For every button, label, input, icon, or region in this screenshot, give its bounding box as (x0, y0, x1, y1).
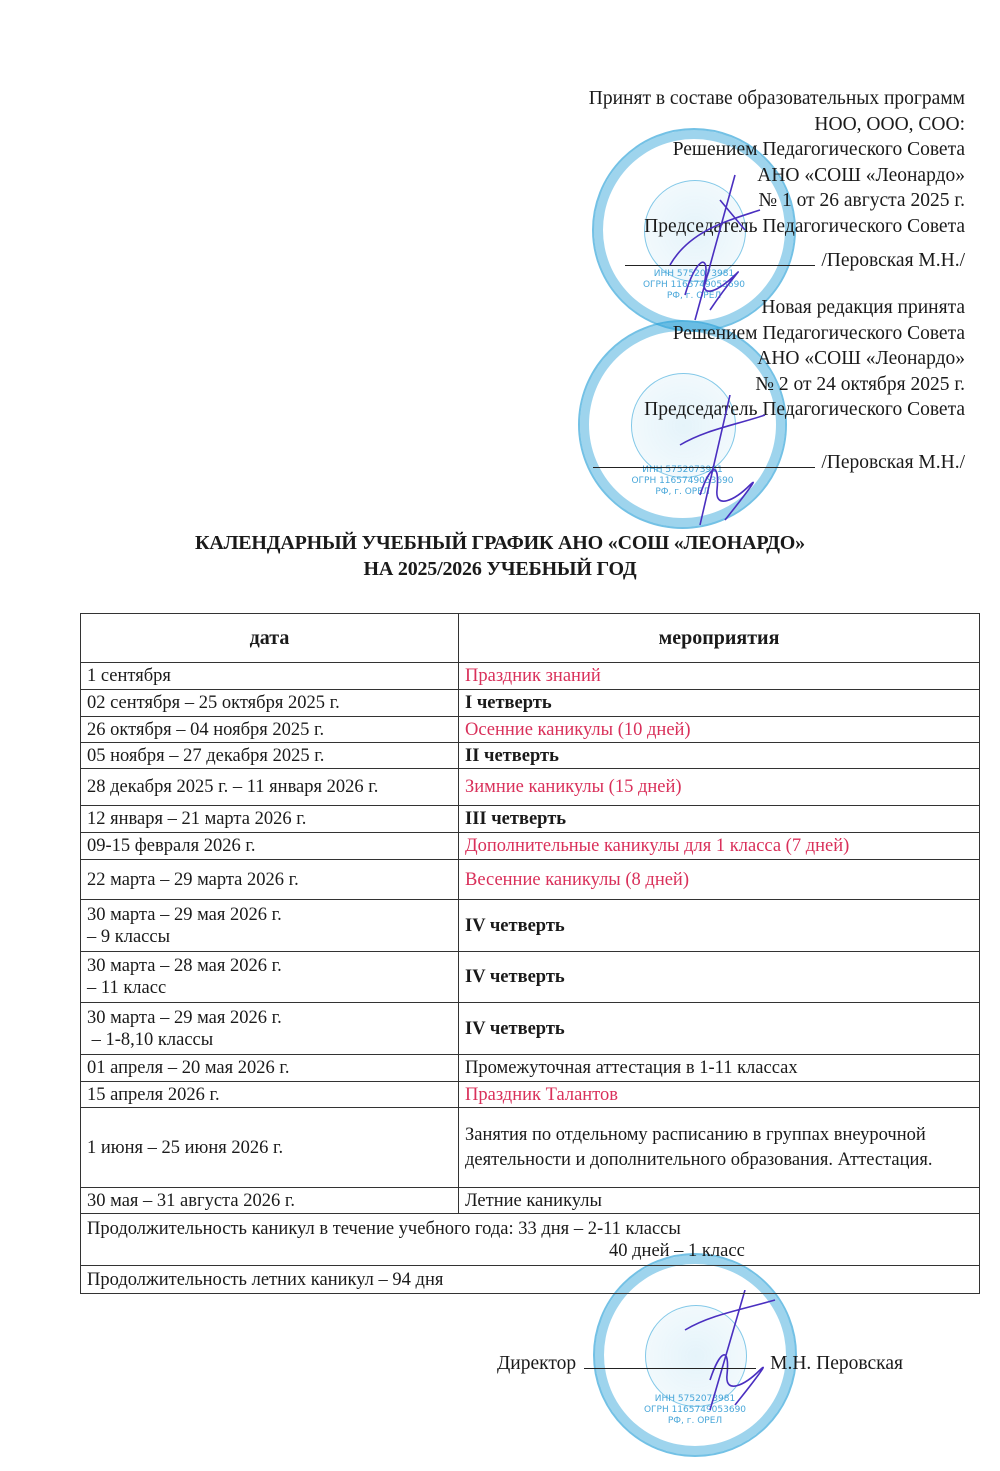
table-row: 1 июня – 25 июня 2026 г. Занятия по отде… (81, 1108, 980, 1188)
row-event: Весенние каникулы (8 дней) (459, 860, 980, 900)
row-event: IV четверть (459, 900, 980, 952)
table-row: 15 апреля 2026 г. Праздник Талантов (81, 1082, 980, 1108)
row-date-range: 30 марта – 29 мая 2026 г. (87, 904, 452, 926)
row-date: 05 ноября – 27 декабря 2025 г. (81, 743, 459, 769)
row-date: 12 января – 21 марта 2026 г. (81, 806, 459, 833)
approval-line: Председатель Педагогического Совета (589, 214, 965, 240)
stamp-inn: ИНН 5752073981 (655, 1394, 735, 1404)
row-event: Занятия по отдельному расписанию в групп… (459, 1108, 980, 1188)
schedule-table: дата мероприятия 1 сентября Праздник зна… (80, 613, 980, 1294)
row-date: 09-15 февраля 2026 г. (81, 833, 459, 860)
row-event: Летние каникулы (459, 1188, 980, 1214)
stamp-ogrn: ОГРН 1165749053690 (631, 476, 733, 486)
table-row: 26 октября – 04 ноября 2025 г. Осенние к… (81, 717, 980, 743)
stamp-ogrn: ОГРН 1165749053690 (644, 1405, 746, 1415)
director-name: М.Н. Перовская (770, 1353, 903, 1374)
row-event: Дополнительные каникулы для 1 класса (7 … (459, 833, 980, 860)
approval-line: № 2 от 24 октября 2025 г. (593, 372, 965, 398)
row-date: 02 сентября – 25 октября 2025 г. (81, 690, 459, 717)
table-row: 02 сентября – 25 октября 2025 г. I четве… (81, 690, 980, 717)
table-row: 09-15 февраля 2026 г. Дополнительные кан… (81, 833, 980, 860)
approval-line: НОО, ООО, СОО: (589, 112, 965, 138)
row-date: 30 марта – 29 мая 2026 г. – 1-8,10 класс… (81, 1003, 459, 1055)
table-row: 22 марта – 29 марта 2026 г. Весенние кан… (81, 860, 980, 900)
signature-line (625, 247, 815, 266)
approval-block-2: Новая редакция принята Решением Педагоги… (593, 295, 965, 475)
row-event: Праздник знаний (459, 663, 980, 690)
row-date: 22 марта – 29 марта 2026 г. (81, 860, 459, 900)
approval-line: Принят в составе образовательных програм… (589, 86, 965, 112)
signature-line (584, 1350, 756, 1369)
row-date: 1 июня – 25 июня 2026 г. (81, 1108, 459, 1188)
row-date-classes: – 11 класс (87, 977, 452, 999)
row-date: 28 декабря 2025 г. – 11 января 2026 г. (81, 769, 459, 806)
header-events: мероприятия (459, 614, 980, 663)
row-event: I четверть (459, 690, 980, 717)
stamp-ogrn: ОГРН 1165749053690 (643, 280, 745, 290)
table-row: 12 января – 21 марта 2026 г. III четверт… (81, 806, 980, 833)
row-event: Осенние каникулы (10 дней) (459, 717, 980, 743)
stamp-city: РФ, г. ОРЕЛ (655, 487, 709, 497)
table-row: 30 марта – 29 мая 2026 г. – 1-8,10 класс… (81, 1003, 980, 1055)
table-header-row: дата мероприятия (81, 614, 980, 663)
vacation-duration-line-2: 40 дней – 1 класс (87, 1240, 973, 1262)
approval-block-1: Принят в составе образовательных програм… (589, 86, 965, 274)
table-row: 05 ноября – 27 декабря 2025 г. II четвер… (81, 743, 980, 769)
row-date: 15 апреля 2026 г. (81, 1082, 459, 1108)
title-line-2: НА 2025/2026 УЧЕБНЫЙ ГОД (0, 556, 1000, 582)
approval-line: Председатель Педагогического Совета (593, 397, 965, 423)
row-event: IV четверть (459, 952, 980, 1003)
director-label: Директор (497, 1353, 576, 1374)
stamp-city: РФ, г. ОРЕЛ (668, 1416, 722, 1426)
table-row: 1 сентября Праздник знаний (81, 663, 980, 690)
table-row: 30 марта – 29 мая 2026 г. – 9 классы IV … (81, 900, 980, 952)
approval-line: АНО «СОШ «Леонардо» (589, 163, 965, 189)
signatory-name: /Перовская М.Н./ (821, 250, 965, 271)
row-event: III четверть (459, 806, 980, 833)
summer-duration: Продолжительность летних каникул – 94 дн… (81, 1266, 980, 1294)
signature-line (593, 449, 815, 468)
row-date-range: 30 марта – 28 мая 2026 г. (87, 955, 452, 977)
approval-line: АНО «СОШ «Леонардо» (593, 346, 965, 372)
row-date-range: 30 марта – 29 мая 2026 г. (87, 1007, 452, 1029)
vacation-duration-line-1: Продолжительность каникул в течение учеб… (87, 1218, 973, 1240)
table-row: 30 марта – 28 мая 2026 г. – 11 класс IV … (81, 952, 980, 1003)
title-line-1: КАЛЕНДАРНЫЙ УЧЕБНЫЙ ГРАФИК АНО «СОШ «ЛЕО… (0, 530, 1000, 556)
table-summary-row: Продолжительность летних каникул – 94 дн… (81, 1266, 980, 1294)
approval-line: Новая редакция принята (593, 295, 965, 321)
signatory-name: /Перовская М.Н./ (821, 452, 965, 473)
row-date-classes: – 1-8,10 классы (87, 1029, 452, 1051)
row-date: 30 марта – 29 мая 2026 г. – 9 классы (81, 900, 459, 952)
row-event: Промежуточная аттестация в 1-11 классах (459, 1055, 980, 1082)
table-row: 28 декабря 2025 г. – 11 января 2026 г. З… (81, 769, 980, 806)
row-date: 1 сентября (81, 663, 459, 690)
row-event: Зимние каникулы (15 дней) (459, 769, 980, 806)
table-row: 30 мая – 31 августа 2026 г. Летние каник… (81, 1188, 980, 1214)
approval-line: Решением Педагогического Совета (589, 137, 965, 163)
row-event: IV четверть (459, 1003, 980, 1055)
row-date: 26 октября – 04 ноября 2025 г. (81, 717, 459, 743)
row-date-classes: – 9 классы (87, 926, 452, 948)
table-summary-row: Продолжительность каникул в течение учеб… (81, 1214, 980, 1266)
row-date: 30 марта – 28 мая 2026 г. – 11 класс (81, 952, 459, 1003)
row-date: 01 апреля – 20 мая 2026 г. (81, 1055, 459, 1082)
director-signature-block: ДиректорМ.Н. Перовская (497, 1350, 903, 1375)
table-row: 01 апреля – 20 мая 2026 г. Промежуточная… (81, 1055, 980, 1082)
row-event: Праздник Талантов (459, 1082, 980, 1108)
header-date: дата (81, 614, 459, 663)
vacation-duration: Продолжительность каникул в течение учеб… (81, 1214, 980, 1266)
approval-line: Решением Педагогического Совета (593, 321, 965, 347)
row-event: II четверть (459, 743, 980, 769)
approval-line: № 1 от 26 августа 2025 г. (589, 188, 965, 214)
document-title: КАЛЕНДАРНЫЙ УЧЕБНЫЙ ГРАФИК АНО «СОШ «ЛЕО… (0, 530, 1000, 582)
row-date: 30 мая – 31 августа 2026 г. (81, 1188, 459, 1214)
